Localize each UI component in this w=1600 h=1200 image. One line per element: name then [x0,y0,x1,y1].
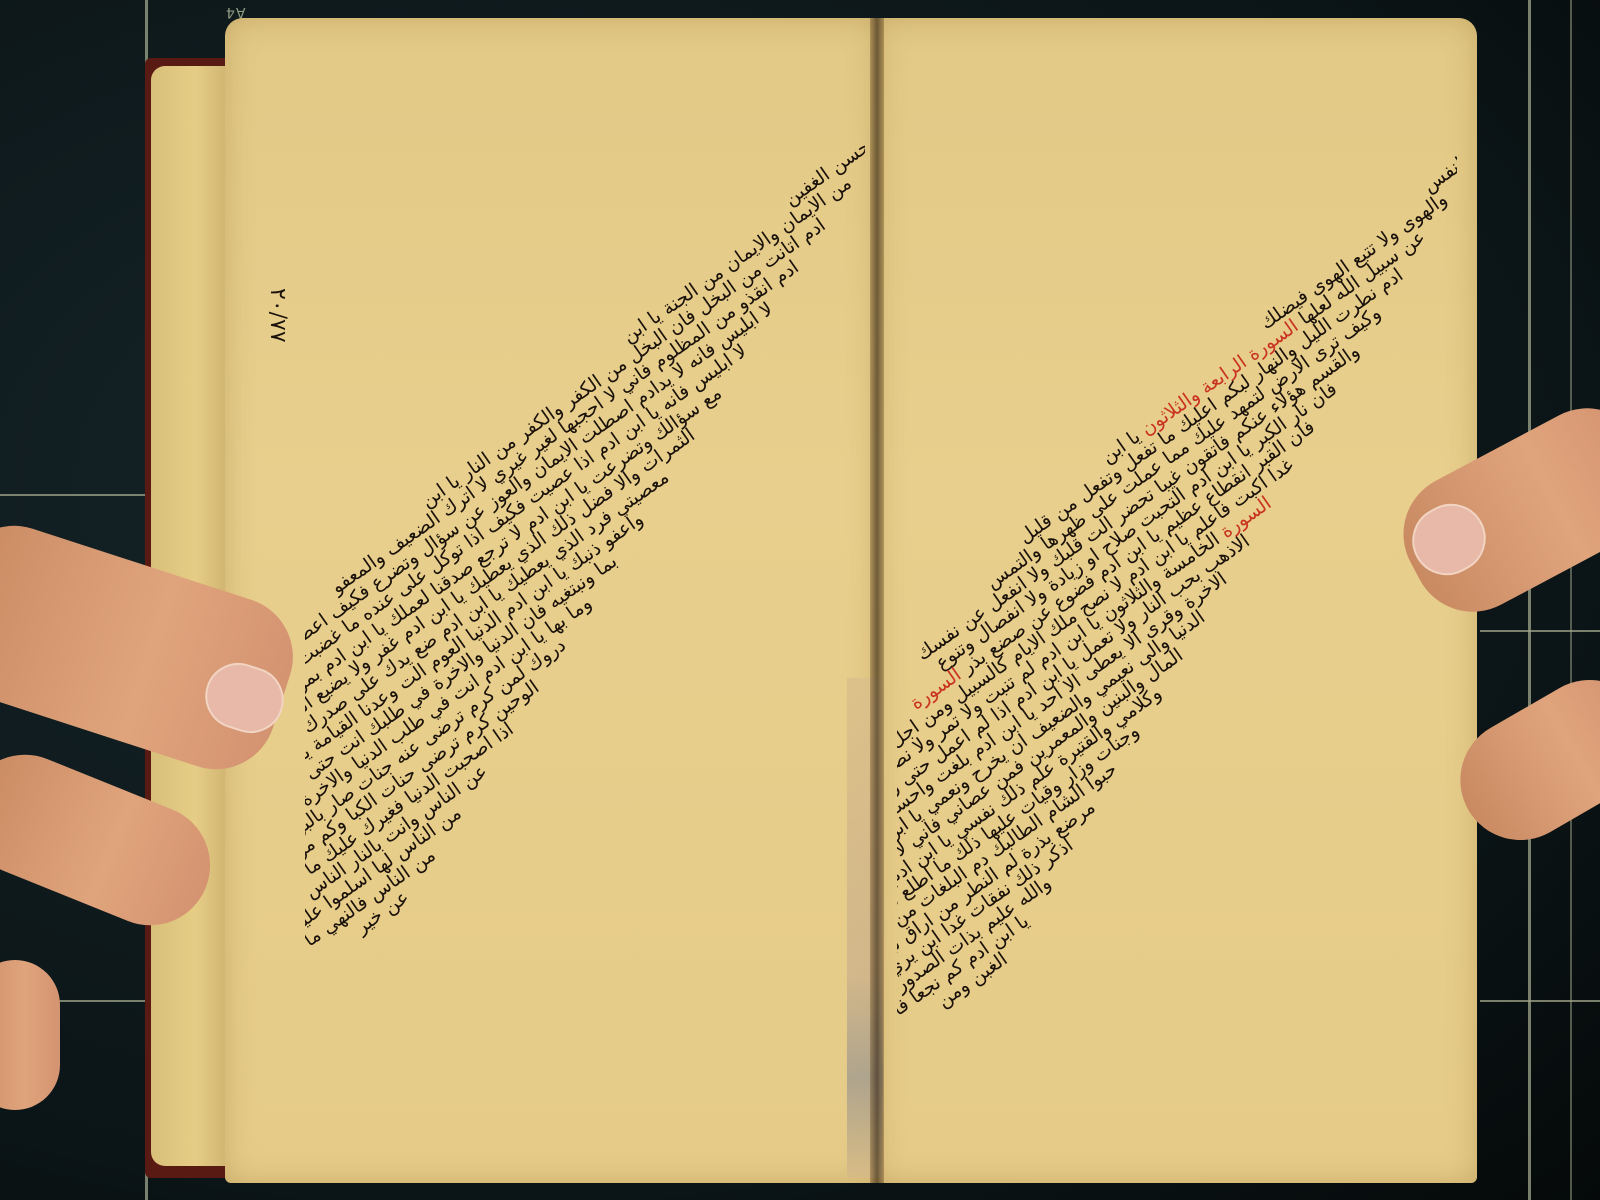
mat-grid-line [1480,1000,1600,1002]
book-gutter [870,18,884,1183]
mat-grid-line [1528,0,1531,1200]
left-hand-lower [0,960,60,1110]
mat-grid-line [1570,0,1572,1200]
margin-note: ٢٠/٧٧ [265,288,290,343]
mat-grid-line [1480,630,1600,632]
right-page-text: النفسوالهوى ولا تتبع الهوى فيضلكعن سبيل … [897,138,1457,1098]
open-manuscript: ٢٠/٧٧ وحسن الغفينمن الايمان والايمان من … [135,18,1485,1188]
right-page: النفسوالهوى ولا تتبع الهوى فيضلكعن سبيل … [877,18,1477,1183]
left-page-text: وحسن الغفينمن الايمان والايمان من الجنة … [305,118,865,1078]
left-page: ٢٠/٧٧ وحسن الغفينمن الايمان والايمان من … [225,18,877,1183]
